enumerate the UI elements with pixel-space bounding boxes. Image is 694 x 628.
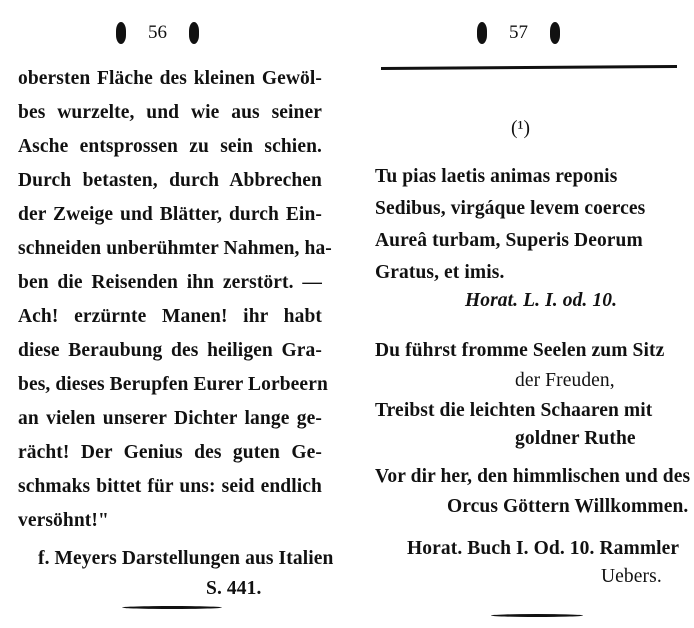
german-source: Horat. Buch I. Od. 10. Rammler bbox=[407, 538, 679, 560]
ornament-icon bbox=[477, 22, 487, 44]
latin-line: Tu pias laetis animas reponis bbox=[375, 166, 617, 188]
german-line: Treibst die leichten Schaaren mit bbox=[375, 400, 652, 422]
left-page: 56 obersten Fläche des kleinen Gewöl- be… bbox=[0, 0, 347, 628]
header-rule bbox=[381, 65, 677, 70]
latin-source: Horat. L. I. od. 10. bbox=[465, 290, 617, 312]
page-number-header: 57 bbox=[477, 22, 560, 44]
text-line: bes wurzelte, und wie aus seiner bbox=[18, 102, 322, 124]
text-line: Durch betasten, durch Abbrechen bbox=[18, 170, 322, 192]
german-source-cont: Uebers. bbox=[601, 566, 662, 588]
end-ornament bbox=[491, 614, 583, 617]
page-number: 57 bbox=[509, 22, 528, 44]
footnote-marker: (¹) bbox=[511, 118, 530, 140]
citation-page: S. 441. bbox=[206, 578, 261, 600]
right-page: 57 (¹) Tu pias laetis animas reponis Sed… bbox=[347, 0, 694, 628]
text-line: ben die Reisenden ihn zerstört. — bbox=[18, 272, 322, 294]
ornament-icon bbox=[116, 22, 126, 44]
text-line: versöhnt!" bbox=[18, 510, 109, 532]
german-line: goldner Ruthe bbox=[515, 428, 636, 450]
citation: f. Meyers Darstellungen aus Italien bbox=[38, 548, 333, 570]
page-number: 56 bbox=[148, 22, 167, 44]
text-line: der Zweige und Blätter, durch Ein- bbox=[18, 204, 322, 226]
text-line: diese Beraubung des heiligen Gra- bbox=[18, 340, 322, 362]
text-line: Asche entsprossen zu sein schien. bbox=[18, 136, 322, 158]
ornament-icon bbox=[189, 22, 199, 44]
latin-line: Aureâ turbam, Superis Deorum bbox=[375, 230, 643, 252]
german-line: Du führst fromme Seelen zum Sitz bbox=[375, 340, 664, 362]
latin-line: Sedibus, virgáque levem coerces bbox=[375, 198, 645, 220]
text-line: Ach! erzürnte Manen! ihr habt bbox=[18, 306, 322, 328]
page-number-header: 56 bbox=[116, 22, 199, 44]
text-line: bes, dieses Berupfen Eurer Lorbeern bbox=[18, 374, 322, 396]
text-line: rächt! Der Genius des guten Ge- bbox=[18, 442, 322, 464]
text-line: schneiden unberühmter Nahmen, ha- bbox=[18, 238, 322, 260]
german-line: der Freuden, bbox=[515, 370, 615, 392]
latin-line: Gratus, et imis. bbox=[375, 262, 504, 284]
ornament-icon bbox=[550, 22, 560, 44]
text-line: schmaks bittet für uns: seid endlich bbox=[18, 476, 322, 498]
end-ornament bbox=[122, 606, 222, 609]
text-line: obersten Fläche des kleinen Gewöl- bbox=[18, 68, 322, 90]
text-line: an vielen unserer Dichter lange ge- bbox=[18, 408, 322, 430]
german-line: Orcus Göttern Willkommen. bbox=[447, 496, 688, 518]
german-line: Vor dir her, den himmlischen und des bbox=[375, 466, 690, 488]
